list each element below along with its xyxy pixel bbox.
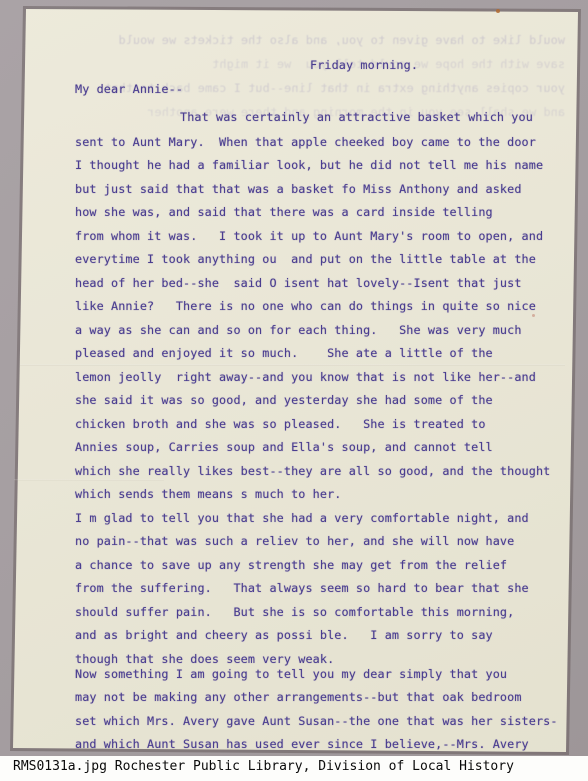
letter-line: which sends them means s much to her. [75,487,342,501]
paper-crease [20,364,565,366]
paper-crease [14,479,164,481]
letter-line: a chance to save up any strength she may… [75,558,507,572]
letter-line: and as bright and cheery as possi ble. I… [75,628,493,642]
letter-line: a way as she can and so on for each thin… [75,323,522,337]
ghost-bleedthrough-line: would like to have given to you, and als… [35,33,565,47]
letter-line: from whom it was. I took it up to Aunt M… [75,229,543,243]
salutation: My dear Annie-- [75,82,183,96]
ink-speck [496,9,500,13]
letter-line: head of her bed--she said O isent hat lo… [75,276,522,290]
letter-line: set which Mrs. Avery gave Aunt Susan--th… [75,714,558,728]
letter-line: how she was, and said that there was a c… [75,205,493,219]
letter-line: pleased and enjoyed it so much. She ate … [75,346,493,360]
letter-line: I m glad to tell you that she had a very… [75,511,529,525]
letter-line: like Annie? There is no one who can do t… [75,299,536,313]
letter-line: she said it was so good, and yesterday s… [75,393,493,407]
letter-line: which she really likes best--they are al… [75,464,550,478]
letter-scan-page: would like to have given to you, and als… [0,0,588,781]
ghost-bleedthrough-line: save with the hope we could tell you we … [35,57,565,71]
letter-line: and which Aunt Susan has used ever since… [75,737,529,751]
letter-line: sent to Aunt Mary. When that apple cheek… [75,135,536,149]
caption-text: RMS0131a.jpg Rochester Public Library, D… [13,759,514,774]
letter-line: everytime I took anything ou and put on … [75,252,536,266]
ink-speck [532,314,535,317]
letter-line: Annies soup, Carries soup and Ella's sou… [75,440,493,454]
letter-line: but just said that that was a basket fo … [75,182,522,196]
date-line: Friday morning. [310,58,418,72]
letter-line: chicken broth and she was so pleased. Sh… [75,417,486,431]
letter-line: though that she does seem very weak. [75,652,334,666]
letter-line: Now something I am going to tell you my … [75,667,507,681]
letter-line: may not be making any other arrangements… [75,690,522,704]
letter-line: That was certainly an attractive basket … [180,110,533,124]
letter-line: I thought he had a familiar look, but he… [75,158,543,172]
letter-line: should suffer pain. But she is so comfor… [75,605,514,619]
letter-line: no pain--that was such a reliev to her, … [75,534,514,548]
letter-line: lemon jeolly right away--and you know th… [75,370,536,384]
letter-line: from the suffering. That always seem so … [75,581,529,595]
caption-bar: RMS0131a.jpg Rochester Public Library, D… [0,756,588,781]
